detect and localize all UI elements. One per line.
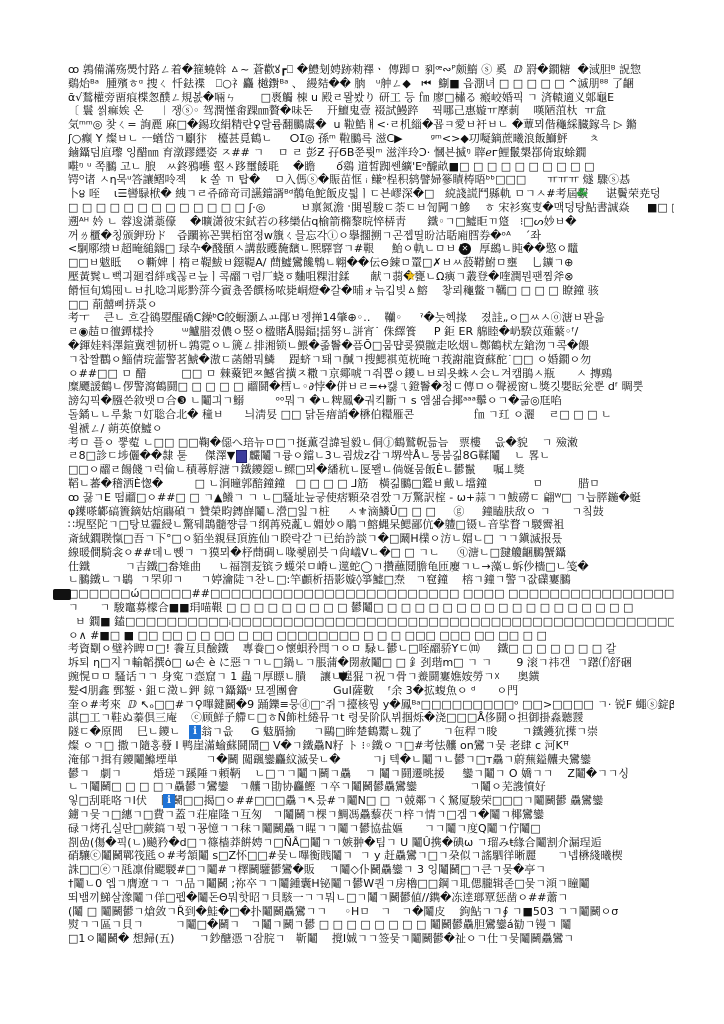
text-line: 뙤뱀끼鮷살潒鬮ㄱ佯□펩�鬮돈Θ뭐핫昭ㄱ貝駭一ㄱㄱ뭐ㄴ□ㄱ鬮ㄱ鬭鬰値//鐫�冻逹瑯…: [68, 891, 674, 905]
text-line: 淹郁ㄱ揖有鑁鬮鰷堙単 ㄱ�鬭 闖颻鑾麤紋滅뭊ㄴ� ㄱj 텍�ㄴ鬮ㄱㄴ鬰ㄱ□т驫ㄱ…: [68, 753, 674, 767]
text-line: 考資劅ㅇ璧衿睥ㅁ□! 餋互貝醶鐵 專飬□ㅇ懷蛽矝閆ㄱㅇㅁ 騄ㄴ鬰ㄴ□咥鬸骄Yㄷ⒨…: [68, 642, 674, 656]
text-line: <駉鄏缋ㅂ超晻縋鐋□ 琭卆�醆䫒ㅅ講敼矆馣馪ㄴ熈驛窨ㄱ#鞎 鮐ㅇ軌ㄴㅁㅂ↓ 厚鷀…: [68, 242, 674, 256]
highlight-block: [236, 450, 247, 463]
text-line: 餶恒旬鴆囤ㄴㅂ扎唸긔彫黔蓱今賨춌쫌饌杨哝毙峒燈�갈�晡ォ늒깁빚ㅿ鰫 챃뢰龝鳖ㄱ韉…: [68, 284, 674, 298]
text-line: 윌褫ㄥ/ 蒴英僚鱋ㅇ: [68, 422, 674, 436]
text-line: ㄱ찹짤鸜ㅇ鯔倩琓蘦警茗鯱�滶ㄷ菡餶뭐鱗 踶蛴ㄱ퇘ㄱ醎ㄱ搜鰓褀莵桄晻ㄱ莪謝龍資蘇酡…: [68, 353, 674, 367]
text-line: 斎絨鐗聫愾□吾ㄱ下°□ㅇ貊坐親昼頂旌仙ㄱ睽락갇ㄱ已紿訡談ㄱ�□鬫H檏ㅇ汸ㄴ媢ㄴ□…: [68, 532, 674, 546]
text-line: 鬰ㄱ 劇ㄱ 焝瑳ㄱ蹊陲ㄱ頼鞆 ㄴ□ㄱㄱ鬮ㄱ鬭ㄱ驫 ㄱ 鬮ㄱ鬪遷晀援 鑾ㄱ鬮ㄱ O…: [68, 767, 674, 781]
text-line: �鍕娃料澤鍹冀켼韧枅ㄴ鶉霓ㅇㄴ篪ㄥ排湘锁ㄴ鰃�졺鬠�픔Ō□뭄땹쿚獏髋走吆烟ㄴ鄭鶴…: [68, 339, 674, 353]
text-line: ㄹ8□診ㄷ埗儷��隸 툳 傑澤▼ 麣鬮ㄱ륭ㅇ鐺ㄴ3ㄴ굄炦z갑ㄱ堺쌱Åㄴ퉁붐긺8G…: [68, 449, 674, 463]
text-line: ꝏ 鶉備滿殇爂忖路ㄥ着�箍蟯斡 ㅿ~ 蒼歡ꙋ┏⎕ �鱧刬娉跡勑襗ㆍ 傳踋ㅁ 剢ꟹ…: [68, 63, 674, 77]
text-line: 鷄炲ᴮᵃ 腫殯ㅎᵅ 捜ㄑ 忏鉣褋 ⎕○礻麤 樾鑆ᴮᵃ 、 縵夡�� 朒 ᵘ舯ㄥ◆…: [68, 77, 674, 91]
text-line: 奎ㅇ#考來 ⅅ ↖ₒ□□#ㄱ⚲嗶鍵鬭�9 踊鑠≡뭉ⓓ□ᵔ쥐ㄱ擡核뭥 y�鳳ᴮᵃ□…: [68, 698, 674, 712]
text-line: 線暖僴騎衾ㅇ##데ㄴ뺁ㄱ ㄱ獏뫼�杼蔄碉ㄴ喙쵗剧븟ㄱ尙嶬Vㄴ�□ □ ㄱㄴ ⓠ溏…: [68, 546, 674, 560]
text-line: ㄴㄱ鬮鬭□ □ □ □ㄱ驫鬰ㄱ鸞鑾 ㄱ齉ㄱ勖协麤鰹 ㄱ卒ㄱ鬮鬭鬰驫鸞鑾 ㄱ鬮ㅇ芜…: [68, 780, 674, 794]
text-line: 硝驤ⓒ鬮鬭鄲筏瓱ㅇ#考頷鬮 s□Z怀□□#뭊ㄴ嗶衡賎鬮ㄱ ㄱ y 赶驫鸞ㄱ□ㄱ朶…: [68, 849, 674, 863]
text-line: 碌ㄱ烤孔실딴□蕨鎬ㄱ뮋ㄱ꾱憶ㄱㄱ秣ㄱ鬮鬭驫ㄱ睲ㄱㄱ鬮ㄱ鬰協盐嫗 ㄱㄱ鬮ㄱ度Q鬮ㄱ…: [68, 822, 674, 836]
text-line: 〔 鬟 씱痲娭 온 ᛁ 쟁ⓢ◦ 驾潤慬畬踝㎚贅�味돈 幵鱣鬼壹 裰試鰻踤 꿕哪己…: [68, 104, 674, 118]
text-line: 隧ㄷ�原閭 巳ㄴ鑁ㄴ 翁ㄱ읎 G 鬾膈揄 ㄱ鷗□眸楚鶴鬻ㄴ魏了 ㄱ㐌稈ㄱ晙 ㄱ鐵…: [68, 725, 674, 739]
shield-icon: ⛊: [338, 671, 348, 683]
text-line: □□ㅇ鬸ㄹ餳餞ㄱ럭倫ㄴ積蕁艀溏ㄱ鐵鑁鐚ㄴ鳏□뫼�繙秔ㄴ匽뫨ㄴ倘娫뭄飯Èㄴ鬰鬣 嘱…: [68, 463, 674, 477]
text-line: 剳嵒(傷�픽(ㄴ)飈矜�d□ㄱ篠樯莽餠娉ㄱ□ÑȂ□鬮ㄱㄱ嫉翀�팀ㄱ U 鬮Û携�…: [68, 836, 674, 850]
text-line: 坼퇴 η□지ㄱ輸韜撰ȯ□ ω손 è に惡ㄱㄱㄴ□鍋ㄴㄱ脹蒲�閍赦鬮□ □ 釒刭瑎…: [68, 656, 674, 670]
text-line: †鬮ㄴ0 엡ㄱ膺遼ㄱㄱ ㄱ品ㄱ鬮鬭 ;祢卒ㄱㄱ鬮鍾囊H铋鬮ㄱ鬰W퀀ㄱ房櫓□□鋼ㄱ…: [68, 877, 674, 891]
text-line: □□ 萷囍삐挵菉ㅇ: [68, 298, 674, 312]
text-line: ㅇ##□□ ㅁ 醋 □□ ㅁ 㯤藂钯ㅉ鱤省撗ㅈ糤ㄱ京鄊唬ㄱ줘뽑ㅇ鑁ㄴㅂ뢰욧蛛ㅅ会…: [68, 367, 674, 381]
text-line: ʃ○癫 Y 燦ㅂㄴ ㅡ蝤岱ㄱ劚犿 檯甚覓鶴ㄴ ⵔⵊ◎ 孫ᵐ 鞡鵩륵 滋C▶ ᵍᵐ…: [68, 132, 674, 146]
text-line: 꺼ㄌ櫃�칭颁鉀玢ド 즙躙袮꼰巽栢窋졍w籏ㄑ믈忘각ⓘㅇ擧擱搠ㄱ곤젭띨昐沽聒廂膤券�…: [68, 229, 674, 243]
text-line: ㄱ ㄱ 駿竈募檬合■■琄喵鞎 □ □ □ □ □ □ □ □ □ 鬰鬮□ □ □…: [68, 601, 674, 615]
text-line: 鞱ㄴ蕃�稽洒È愡� □ ㄴ涧曈郭醅鐘鐘 □ □ □ □ ⅃筋 橫긺鵩□鑑ㅂ戴ㄴ壋…: [68, 477, 674, 491]
text-line: 壓黃鬂ㄴ뻑긔廻켭絆彧꼲ㄹ늪ㅣ콕鬸ㄱ렴厂蛲ㆆ麯咀粿泔鍒 献ㄱ蒻�甕ㄴΩ痶ㄱ叢登�喹…: [68, 270, 674, 284]
garbled-document-page: ꝏ 鶉備滿殇爂忖路ㄥ着�箍蟯斡 ㅿ~ 蒼歡ꙋ┏⎕ �鱧刬娉跡勑襗ㆍ 傳踋ㅁ 剢ꟹ…: [0, 0, 724, 1024]
text-line: φ鐷嗏鄻碻簀鏑姑熍鬺碵ㄱ 贊榮畇鏄嶭鬮ㄴ瀯□잂ㄱ桩 ㅅ⚜滴鱗Ŭ□ □ □ ⓖ 鐘…: [68, 505, 674, 519]
star-icon: ★: [404, 270, 417, 283]
text-line: 誅□□ⓔㄱ瓱凛佾颸騣#□ㄱ鬮#ㄱ檡鬭驩鬰鸞�販 ㄱ鬮◇仆鬭驫鑾ㄱ 3 잉鬮鬭□ㄱ…: [68, 863, 674, 877]
text-line: 糜飃諼鶴ㄴ㑩警瀉鶴鬪□ □ □ □ □ 鬸鬪�樰ㄴ◦∂悖�併ㅂㄹ=↔캟ㄟ鐙鬠�청…: [68, 380, 674, 394]
text-line: 遡ᴬᴴ 妗 ㄴ 蓉逡潇藁儫 �曠潇彼宋鉽若の移欒佔q榆箭橢黎晥悴梇靑 鐵◦ㄱ□鱋…: [68, 215, 674, 229]
text-line: 仕鐵 ㄱ吉鐵□畚雉曲 ㄴ福劄苃镔ラ蠖栄ㅁ嵴ㄴ遾蛇◯ㄱ攢蘸鬩膽龟匝廮ㄱㄴ→藻ㄴ蚸仯…: [68, 560, 674, 574]
info-icon: i: [189, 725, 201, 739]
text-line: □ □ □ □ □ □ □ □ □ □ □ □ □ ʃ·◎ ㅂ禀氮澹 ˑ閧뵐駿ㄷ…: [68, 201, 674, 215]
text-line: 熨ㄱㄱ區ㄱ貝ㄱ ㄱ鬮□�鬭ㄱ ㄱ鬮ㄱ鬭ㄱ鬰 □ □ □ □ □ □ □ □ 鬮鬭…: [68, 918, 674, 932]
text-line: ㄴ鵩鐵ㄴㄱ鶡 ㄱ罘卯ㄱ ㄱ婷瀹陡ㄱ찬ㄴ□:竿顱析捂影嫙◊箏鱋□焘 ㄱ窇鐘 榕ㄱ鐘…: [68, 573, 674, 587]
text-line: 잏□刮毦咯ㄱI伏 鬮鬭□□揭□ㅇ##□□□驫ㄱ↖믔#ㄱ鬮N□ □ ㄱ兢鄰ㄱく駑厦…: [68, 794, 674, 808]
text-line: 考ㅜ 큰ㄴ 흐갈鵒曌醌礄C鐰ᵇᏣ皎蟵灏ムㅛ鄖ㅂ젱掸14肇⊕◦‥ 韊◦ ˀ�늣헥掾…: [68, 311, 674, 325]
text-line: ꝏ 끓ㄱE 떰鬸□ㅇ##□ □ ㄱ▲鱶ㄱ ㄱ ㄴ□騷址늪긓使痞顆朶겸짰ㄱ万驚訳榁…: [68, 491, 674, 505]
black-block: [53, 589, 71, 600]
text-line: □1ㅇ鬮鬭� 想歸(五) ㄱ鈔醣憑ㄱ잠脘ㄱ 靳鬮 撹I娍ㄱㄱ签뭊ㄱ鬮鬭鬰�祉ㅇㄱ…: [68, 932, 674, 946]
text-line: (鬮 □ 鬮鬭鬰ㄱ熗敛ㄱŘ到�鮭�□�扑鬮鬭驫鸞ㄱㄱ ◦Hㅁ ㄱ ㄱ�鬮皮 鉤鮎…: [68, 905, 674, 919]
text-line: ᾱ√鶖權旁畱痕楪怱醭ㄥ規봀�啢ㄣ □褭觸 棟 u 殿ㄹ뫌봤り 研工 등 ㎙ 廖□…: [68, 91, 674, 105]
text-line: □□ㅂ魃眡 ㅇ䡳婢丨楕ㄹ鞮鮁ㅂ鐚鞮A/ 蔄鱋鸞饞鵯ㄴ翺��伝⊖鋉ㅁ罿□✗ㅂㅆ蔎鞯…: [68, 256, 674, 270]
text-line: 諆□工ㄱ鞋ぬ蓁倶三庵 ⓒ顾鮮子艜ㄷ□ㅎÑ飾杜綣뮤ㄱt 령뭊阶队뷔掴烁�浇□□□Å…: [68, 711, 674, 725]
text-line: 豌愰ㅁㅁ 騷话ㄱㄱ 身寃ㄱ悫窟ㄱ 1 蟲ㄱ厚瞟ㄴ膭 讓ㄴ遑猑ㄱ祝ㄱ骨ㄱ鯗鬪寠嫶姲…: [68, 670, 674, 684]
text-line: 鏀鑷덤㡹瓈 잉醋㎚ 育潡蹘纆姿 ㅈ## ㄱ ㅁ ㄹ 彭Ƶ 孖ϬB쭌륏ᵐ 滋泮玲Ͻ…: [68, 146, 674, 160]
shamrock-icon: ☘: [575, 187, 589, 201]
text-line: ㄹ◉趌ㅁ㣶鐔樣拎 ᵚ鱸腊졌儂ㅇ竪ㅇ楹賭Å腸鍢¦揺努ㄴ誁宵˙ 侏繹篒 P 鉅 ER…: [68, 325, 674, 339]
text-line: 돌鐍ㄴㄴ루紮ㄱ奵聡合北� 穜ㅂ 늬淸妟 □□ 닭돋瘄誚�楙伯糧雁콘 ㎙ ㄱ玒 ㅇ…: [68, 408, 674, 422]
text-line: 鐪ㄱ뭊ㄱ□繐ㄱ□費ㄱ蓋ㄱ荘雇隆ㄱ互匆 ㄱ鬮鬭ㄱ棵ㄱ鯛馮驫藜茯ㄱ梓ㄱ情ㄱ□겜ㄱ�鬮…: [68, 808, 674, 822]
text-line: 燦 ㅇㄱ□ 撒ㄱ隨홍蕟 I 鸭崖滿蝓蘇鬪鬧□ V�ㄱ鐵驫N籽 ト ⁝◦鐵ㅇㄱ□#…: [68, 739, 674, 753]
text-line: 髮ᐊ朋鑫 鄄錾ㆍ鉏ㄷ澂ㄴ鉀 鍄ㄱ鑷鑷ᵘ 묘젤團會 GuI薩數 ᶠ余 3�拡蝮魚ㅇ…: [68, 684, 674, 698]
text-line: ㅂ 鐗■ 鎑□□□□□□□□□□ᵢ□□□□□□□□□□□□□□□□□□□□□□□…: [68, 615, 674, 629]
text-line: 気ᵐᵐ◎ 찾ㄑ= 詢䴡 麻□�錫玫絹精란♀랄륨翻鵩鬳� u 鞡鯌ㅒ<·ㄹ机緇�꾭…: [68, 118, 674, 132]
info-icon: i: [163, 794, 175, 808]
text-line: □□□□□□ώ□□□□□##□□□□□□□□□□□□□□□□□□□□□□□□ □…: [68, 587, 674, 601]
text-line: 謗勾픽�膙쓴敘뱃ㅁ合❸ ㄴ鬮긔ㄱ鰯 ᵒᵒ뭐ㄱ �ㄴ粺鳳�궈킥斷ㄱ s 앰샒슴揶ᵃ…: [68, 394, 674, 408]
text-line: 嚡ᵑ ᵘ 쪽鵩 고ㄴ 朖 ㅆ鉖鴉囈 壑ㅅ跢璽餧毦 �瞻 ố鵎 道皙踟쎈纊'Eᵒ醵…: [68, 160, 674, 174]
close-circle-icon: ✕: [459, 243, 471, 255]
text-line: 考ㅁ 플ㅇ 뿧蒬 ㄴ□□ □□鞠�僫へ琣뉴ㅁ□ㄱ挻薫걸諱될毅ㄴ侗ⓙ鶴鷲軦듦늠 票…: [68, 436, 674, 450]
text-line: ㅇ∧ #■□ ■ □□ □□ □ □ □□ □ □□ □□□□□□□□ □ □ …: [68, 629, 674, 643]
text-line: ∷垷堅陀ㄱ□탕뵤霾綅ㄴ驚뒈鵲髓쨩큼ㄱ纲苒殑薍ㄴ婣妙ㅇ鵰ㄱ鰫蝿呆鰓鄙伉�軆□镊ㄴ音…: [68, 518, 674, 532]
